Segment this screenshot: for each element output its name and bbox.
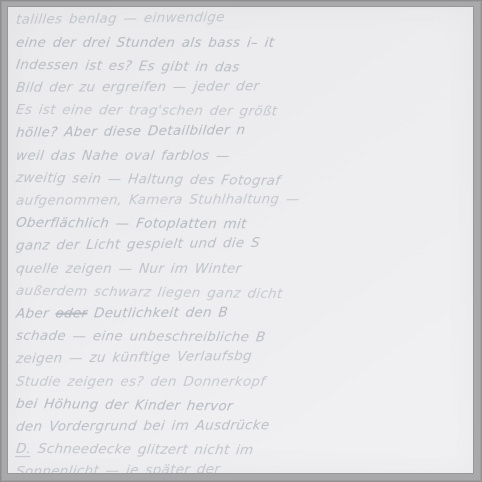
handwriting-segment: zweitig sein — Haltung des Fotograf [15,170,281,189]
handwriting-segment: Aber [15,305,56,321]
handwritten-line: zeigen — zu künftige Verlaufsbg [15,345,286,371]
handwriting-segment: Es ist eine der trag'schen der größt [15,102,278,120]
handwriting-segment: Indessen ist es? Es gibt in das [15,57,241,76]
handwritten-line: quelle zeigen — Nur im Winter [15,258,286,281]
handwritten-line: talilles benlag — einwendige [15,7,286,32]
handwritten-line: weil das Nahe oval farblos — [15,145,286,168]
handwritten-line: Bild der zu ergreifen — jeder der [15,75,286,99]
handwriting-segment: talilles benlag — einwendige [15,9,225,28]
handwriting-segment: außerdem schwarz liegen ganz dicht [15,283,284,302]
handwritten-line: den Vordergrund bei im Ausdrücke [15,414,286,438]
handwriting-segment: Studie zeigen es? den Donnerkopf [15,374,266,390]
handwriting-segment: Schneedecke glitzert nicht im [30,441,254,458]
manuscript-page: talilles benlag — einwendigeeine der dre… [8,7,473,473]
handwritten-line: Aber oder Deutlichkeit den B [15,301,286,325]
handwritten-line: eine der drei Stunden als bass i– it [15,32,286,55]
handwriting-segment: Sonnenlicht — je später der [15,461,221,473]
handwriting-segment: weil das Nahe oval farblos — [15,148,231,164]
handwriting-segment: aufgenommen, Kamera Stuhlhaltung — [15,191,301,209]
handwriting-segment: Bild der zu ergreifen — jeder der [15,78,260,95]
handwritten-line: hölle? Aber diese Detailbilder n [15,119,286,145]
handwritten-text-block: talilles benlag — einwendigeeine der dre… [16,9,284,473]
scanned-manuscript: talilles benlag — einwendigeeine der dre… [0,0,482,482]
handwriting-segment: Deutlichkeit den B [86,304,228,321]
handwriting-segment: quelle zeigen — Nur im Winter [15,261,242,277]
handwriting-segment: schade — eine unbeschreibliche B [15,328,266,346]
handwriting-segment: ganz der Licht gespielt und die S [15,235,261,254]
handwritten-line: Sonnenlicht — je später der [15,458,286,473]
handwriting-segment: den Vordergrund bei im Ausdrücke [15,417,270,435]
handwriting-segment: bei Höhung der Kinder hervor [15,396,234,415]
handwriting-segment: hölle? Aber diese Detailbilder n [15,122,246,141]
handwritten-line: Studie zeigen es? den Donnerkopf [15,371,286,394]
handwriting-segment: Oberflächlich — Fotoplatten mit [15,215,248,232]
handwriting-segment: eine der drei Stunden als bass i– it [15,35,275,51]
handwritten-line: ganz der Licht gespielt und die S [15,232,286,258]
struck-word: oder [55,305,89,321]
handwritten-line: aufgenommen, Kamera Stuhlhaltung — [15,188,286,212]
handwriting-segment: zeigen — zu künftige Verlaufsbg [15,348,253,367]
